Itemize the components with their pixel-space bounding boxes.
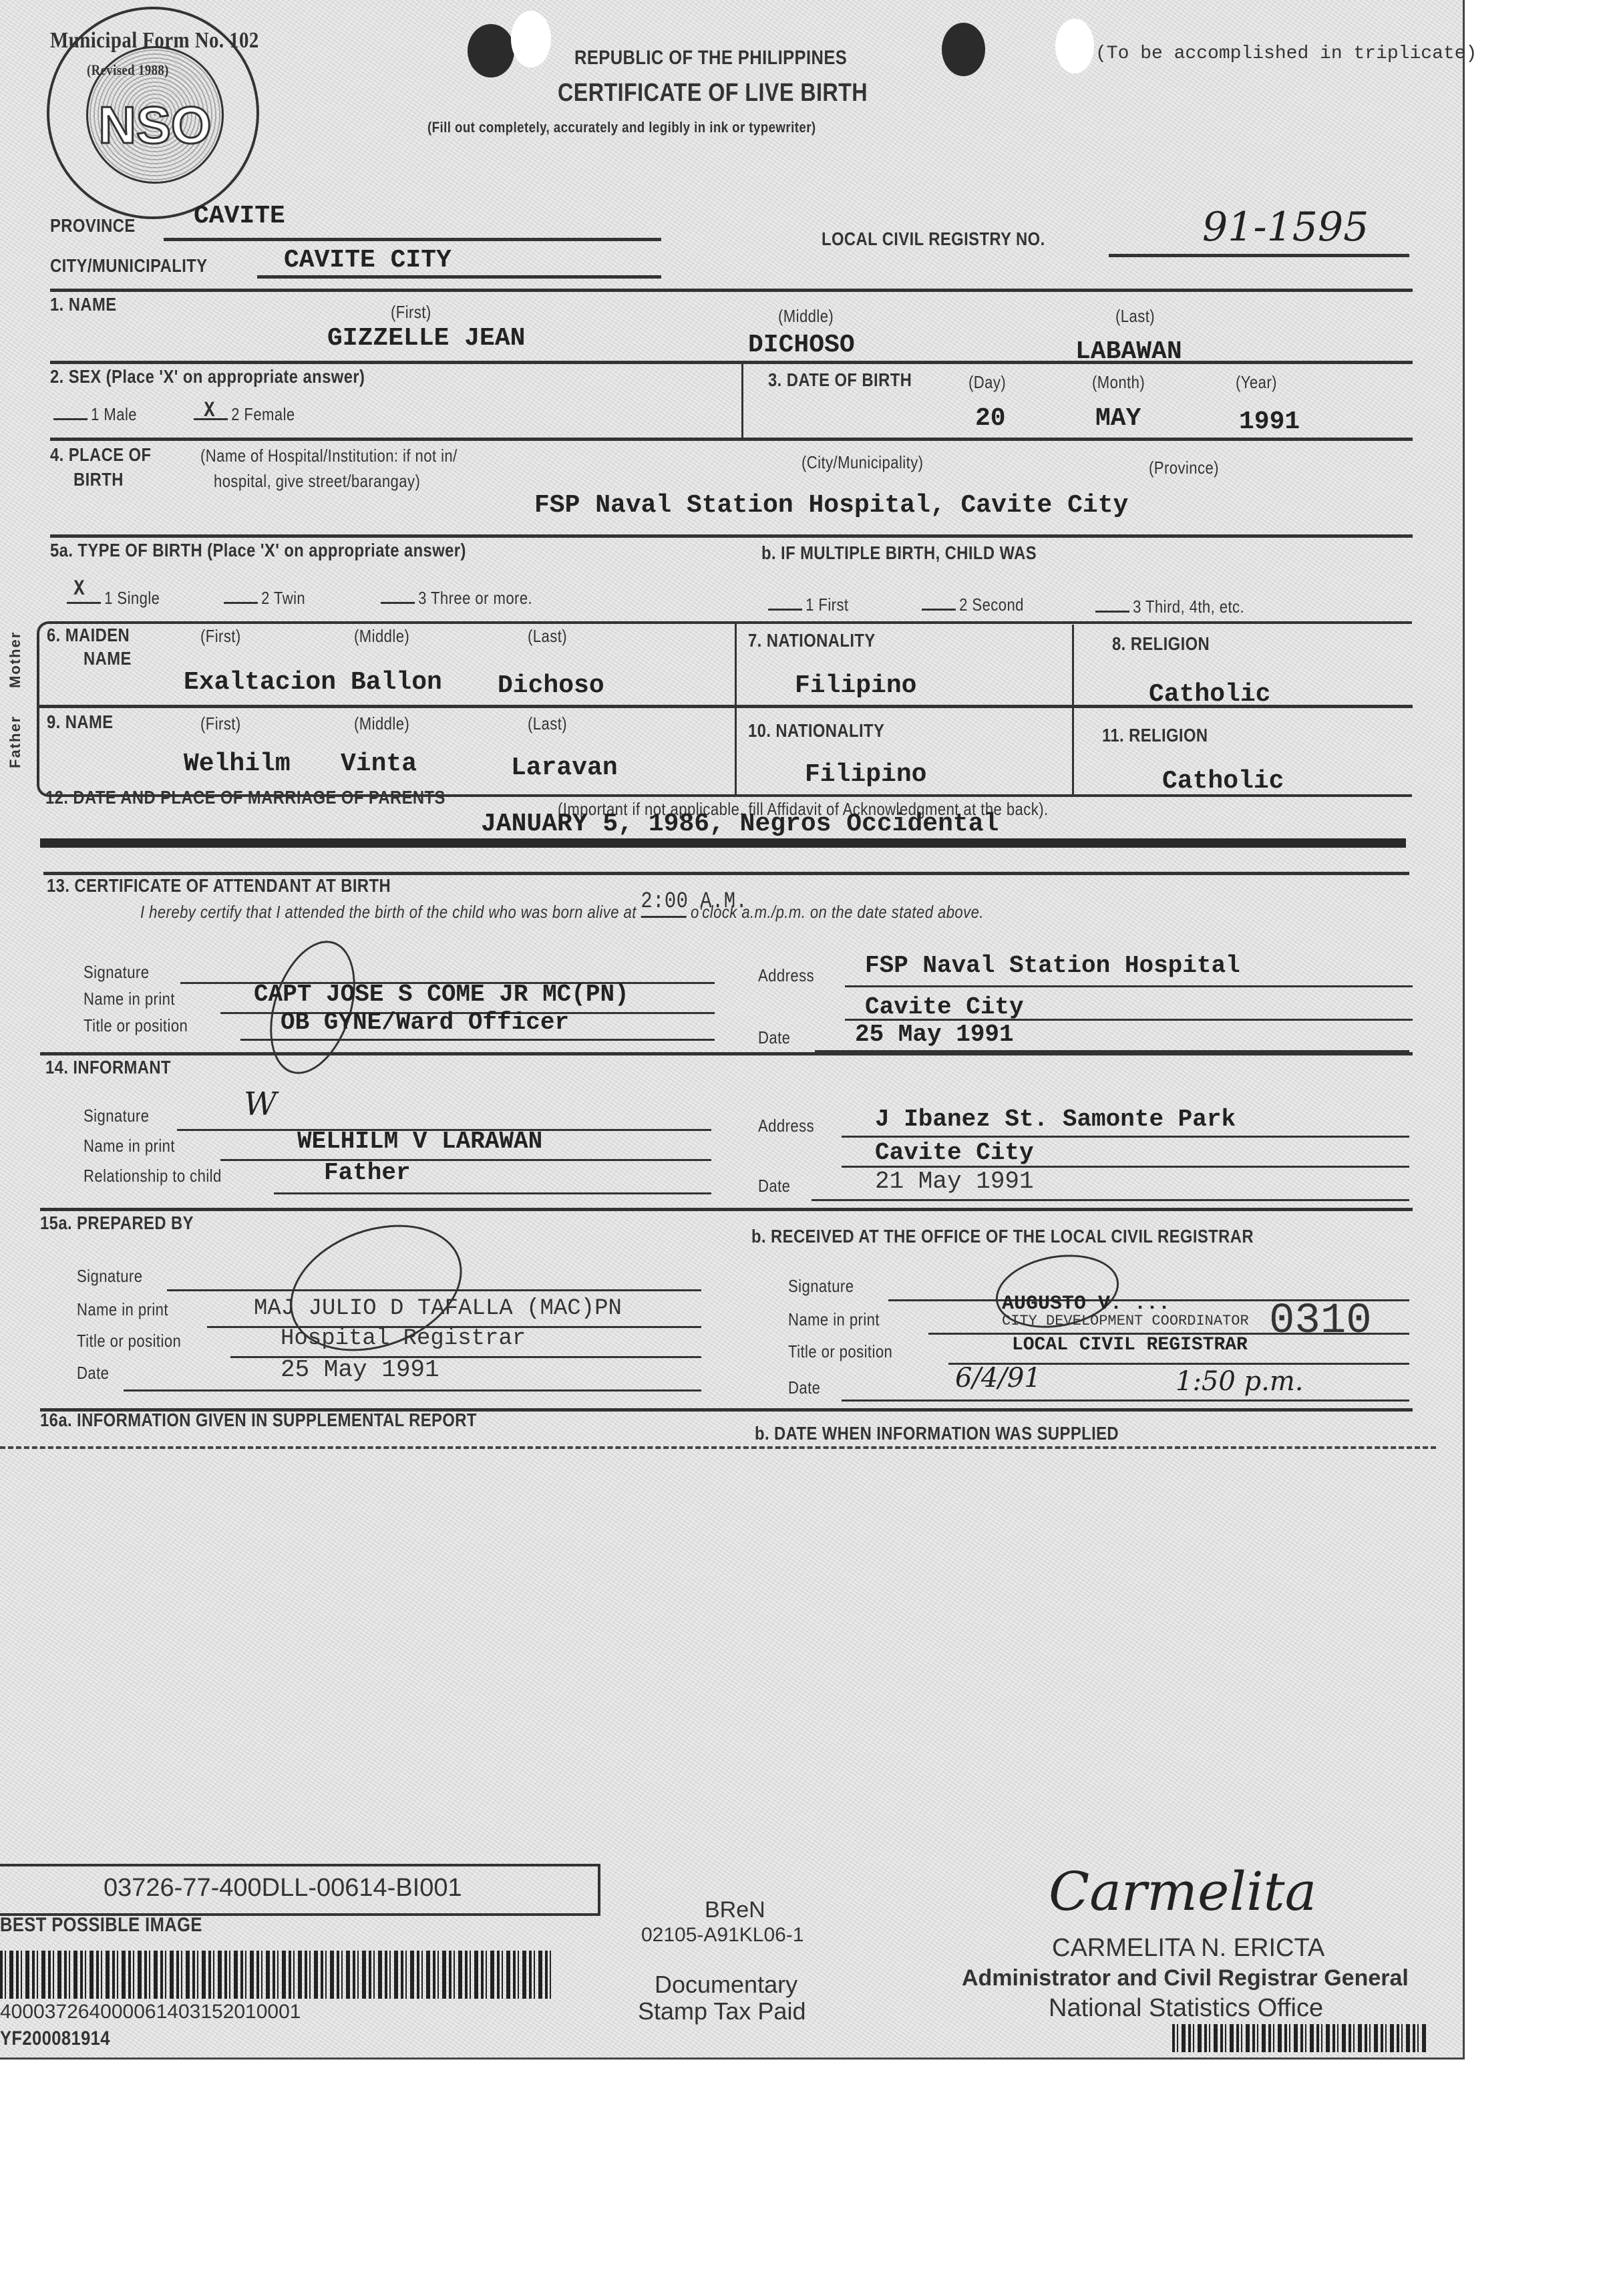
stamp-tax-line1: Documentary: [655, 1971, 797, 1999]
child-name-label: 1. NAME: [50, 294, 117, 315]
dob-label: 3. DATE OF BIRTH: [768, 369, 912, 391]
informant-address-1: J Ibanez St. Samonte Park: [875, 1106, 1236, 1133]
attendant-name-label: Name in print: [83, 989, 175, 1009]
province-value: CAVITE: [194, 202, 285, 230]
mother-last-label: (Last): [528, 626, 567, 647]
punch-hole-icon: [511, 11, 551, 67]
child-first-name: GIZZELLE JEAN: [327, 324, 525, 353]
place-of-birth-hint-1: (Name of Hospital/Institution: if not in…: [200, 446, 458, 466]
triplicate-note: (To be accomplished in triplicate): [1095, 43, 1477, 64]
form-revised: (Revised 1988): [87, 61, 169, 79]
nso-seal-center: NSO: [88, 95, 222, 156]
small-barcode-icon: [1172, 2024, 1426, 2052]
father-name-label: 9. NAME: [47, 711, 114, 733]
mother-first: Exaltacion: [184, 668, 336, 697]
attendant-statement: I hereby certify that I attended the bir…: [140, 902, 984, 923]
signatory-office: National Statistics Office: [1049, 1994, 1323, 2023]
barcode-number: 400037264000061403152010001: [0, 2001, 301, 2023]
dob-month: MAY: [1095, 404, 1141, 433]
birth-type-twin[interactable]: 2 Twin: [224, 588, 305, 609]
received-name-stamp: AUGUSTO V. ...: [1002, 1293, 1170, 1315]
received-time: 1:50 p.m.: [1176, 1366, 1304, 1397]
instructions: (Fill out completely, accurately and leg…: [427, 119, 816, 136]
informant-name: WELHILM V LARAWAN: [297, 1128, 542, 1155]
mother-first-label: (First): [200, 626, 241, 647]
mother-nationality-label: 7. NATIONALITY: [748, 630, 876, 651]
multiple-first[interactable]: 1 First: [768, 595, 848, 615]
attendant-date: 25 May 1991: [855, 1021, 1014, 1048]
republic-heading: REPUBLIC OF THE PHILIPPINES: [574, 47, 847, 69]
informant-date-label: Date: [758, 1176, 790, 1196]
place-province-label: (Province): [1149, 458, 1219, 478]
place-of-birth-value: FSP Naval Station Hospital, Cavite City: [534, 491, 1128, 520]
father-last-label: (Last): [528, 713, 567, 734]
child-first-label: (First): [391, 302, 431, 323]
signatory-name: CARMELITA N. ERICTA: [1052, 1934, 1324, 1963]
punch-hole-icon: [942, 23, 985, 76]
prepared-name: MAJ JULIO D TAFALLA (MAC)PN: [254, 1296, 622, 1321]
mother-side-label: Mother: [7, 631, 24, 688]
type-of-birth-label: 5a. TYPE OF BIRTH (Place 'X' on appropri…: [50, 540, 466, 561]
province-label: PROVINCE: [50, 215, 136, 236]
prepared-by-label: 15a. PREPARED BY: [40, 1212, 194, 1234]
attendant-title-label: Title or position: [83, 1015, 188, 1036]
mother-middle: Ballon: [351, 668, 442, 697]
child-last-label: (Last): [1115, 306, 1155, 327]
mother-nationality: Filipino: [795, 671, 916, 700]
registrar-general-signature: Carmelita: [1049, 1860, 1316, 1923]
received-label: b. RECEIVED AT THE OFFICE OF THE LOCAL C…: [751, 1226, 1254, 1247]
attendant-label: 13. CERTIFICATE OF ATTENDANT AT BIRTH: [47, 875, 391, 896]
marriage-label: 12. DATE AND PLACE OF MARRIAGE OF PARENT…: [45, 787, 445, 808]
dob-month-label: (Month): [1092, 372, 1145, 393]
sex-label: 2. SEX (Place 'X' on appropriate answer): [50, 366, 365, 387]
birth-type-single-mark: X: [73, 577, 85, 601]
sex-option-female[interactable]: X2 Female: [194, 404, 295, 425]
punch-hole-icon: [1055, 19, 1094, 73]
attendant-name: CAPT JOSE S COME JR MC(PN): [254, 981, 629, 1008]
sex-female-mark: X: [204, 398, 215, 423]
signatory-title: Administrator and Civil Registrar Genera…: [962, 1965, 1409, 1991]
marriage-value: JANUARY 5, 1986, Negros Occidental: [481, 810, 999, 838]
informant-relationship: Father: [324, 1159, 411, 1186]
informant-label: 14. INFORMANT: [45, 1057, 171, 1078]
prepared-signature-label: Signature: [77, 1266, 142, 1287]
birth-type-single[interactable]: X1 Single: [67, 588, 160, 609]
father-first-label: (First): [200, 713, 241, 734]
received-title-label: Title or position: [788, 1341, 892, 1362]
informant-name-label: Name in print: [83, 1136, 175, 1156]
reference-number: 03726-77-400DLL-00614-BI001: [104, 1874, 462, 1903]
mother-name-label-2: NAME: [83, 648, 132, 669]
mother-last: Dichoso: [498, 671, 604, 700]
multiple-birth-label: b. IF MULTIPLE BIRTH, CHILD WAS: [761, 542, 1037, 564]
father-nationality-label: 10. NATIONALITY: [748, 720, 884, 742]
father-middle: Vinta: [341, 750, 417, 778]
informant-relationship-label: Relationship to child: [83, 1166, 222, 1186]
father-side-label: Father: [7, 715, 24, 768]
place-of-birth-label-1: 4. PLACE OF: [50, 444, 151, 466]
barcode-icon: [0, 1951, 551, 1999]
city-label: CITY/MUNICIPALITY: [50, 255, 208, 277]
dob-year: 1991: [1239, 407, 1300, 436]
child-middle-name: DICHOSO: [748, 331, 855, 359]
father-middle-label: (Middle): [354, 713, 409, 734]
registry-label: LOCAL CIVIL REGISTRY NO.: [822, 228, 1045, 250]
informant-address-2: Cavite City: [875, 1139, 1034, 1166]
multiple-third[interactable]: 3 Third, 4th, etc.: [1095, 597, 1244, 617]
multiple-second[interactable]: 2 Second: [922, 595, 1024, 615]
mother-name-label-1: 6. MAIDEN: [47, 625, 130, 646]
registry-value: 91-1595: [1202, 204, 1369, 251]
place-of-birth-label-2: BIRTH: [73, 469, 124, 490]
prepared-date-label: Date: [77, 1363, 109, 1383]
father-first: Welhilm: [184, 750, 291, 778]
bren-label: BReN: [705, 1897, 765, 1923]
dob-day-label: (Day): [968, 372, 1006, 393]
father-religion-label: 11. RELIGION: [1102, 725, 1208, 746]
mother-middle-label: (Middle): [354, 626, 409, 647]
received-signature-label: Signature: [788, 1276, 854, 1297]
place-city-label: (City/Municipality): [801, 452, 923, 473]
prepared-title-label: Title or position: [77, 1331, 181, 1351]
attendant-address-1: FSP Naval Station Hospital: [865, 952, 1240, 979]
place-of-birth-hint-2: hospital, give street/barangay): [214, 471, 420, 492]
serial-number: YF200081914: [0, 2027, 110, 2050]
informant-signature-label: Signature: [83, 1106, 149, 1126]
informant-signature: W: [244, 1086, 277, 1123]
received-date: 6/4/91: [955, 1363, 1041, 1393]
city-value: CAVITE CITY: [284, 246, 452, 275]
child-middle-label: (Middle): [778, 306, 834, 327]
attendant-address-label: Address: [758, 965, 814, 986]
bren-code: 02105-A91KL06-1: [641, 1924, 804, 1947]
birth-certificate-page: NSO Municipal Form No. 102 (Revised 1988…: [0, 0, 1465, 2060]
page-title: CERTIFICATE OF LIVE BIRTH: [558, 79, 868, 108]
prepared-date: 25 May 1991: [281, 1356, 439, 1383]
attendant-signature-label: Signature: [83, 962, 149, 983]
received-name-label: Name in print: [788, 1309, 880, 1330]
best-possible-image: BEST POSSIBLE IMAGE: [0, 1914, 202, 1937]
father-nationality: Filipino: [805, 760, 926, 789]
father-last: Laravan: [511, 754, 618, 782]
received-stamp-number: 0310: [1269, 1297, 1372, 1345]
attendant-date-label: Date: [758, 1027, 790, 1048]
dob-year-label: (Year): [1236, 372, 1277, 393]
prepared-name-label: Name in print: [77, 1299, 168, 1320]
supplemental-label: 16a. INFORMATION GIVEN IN SUPPLEMENTAL R…: [40, 1410, 477, 1431]
prepared-title: Hospital Registrar: [281, 1326, 526, 1351]
informant-date: 21 May 1991: [875, 1168, 1034, 1195]
received-title: LOCAL CIVIL REGISTRAR: [1012, 1335, 1248, 1355]
birth-type-three[interactable]: 3 Three or more.: [381, 588, 532, 609]
attendant-title: OB GYNE/Ward Officer: [281, 1009, 569, 1036]
informant-address-label: Address: [758, 1116, 814, 1136]
form-number: Municipal Form No. 102: [50, 28, 259, 53]
attendant-address-2: Cavite City: [865, 993, 1024, 1021]
sex-option-male[interactable]: 1 Male: [53, 404, 137, 425]
birth-time: 2:00 A.M.: [641, 889, 747, 915]
received-stamp-line: CITY DEVELOPMENT COORDINATOR: [1002, 1313, 1249, 1329]
dob-day: 20: [975, 404, 1006, 433]
mother-religion: Catholic: [1149, 680, 1270, 709]
sex-male-mark: [53, 418, 87, 420]
father-religion: Catholic: [1162, 767, 1284, 796]
received-date-label: Date: [788, 1377, 820, 1398]
punch-hole-icon: [468, 24, 514, 77]
mother-religion-label: 8. RELIGION: [1112, 633, 1210, 655]
stamp-tax-line2: Stamp Tax Paid: [638, 1997, 806, 2025]
supplemental-date-label: b. DATE WHEN INFORMATION WAS SUPPLIED: [755, 1423, 1119, 1444]
